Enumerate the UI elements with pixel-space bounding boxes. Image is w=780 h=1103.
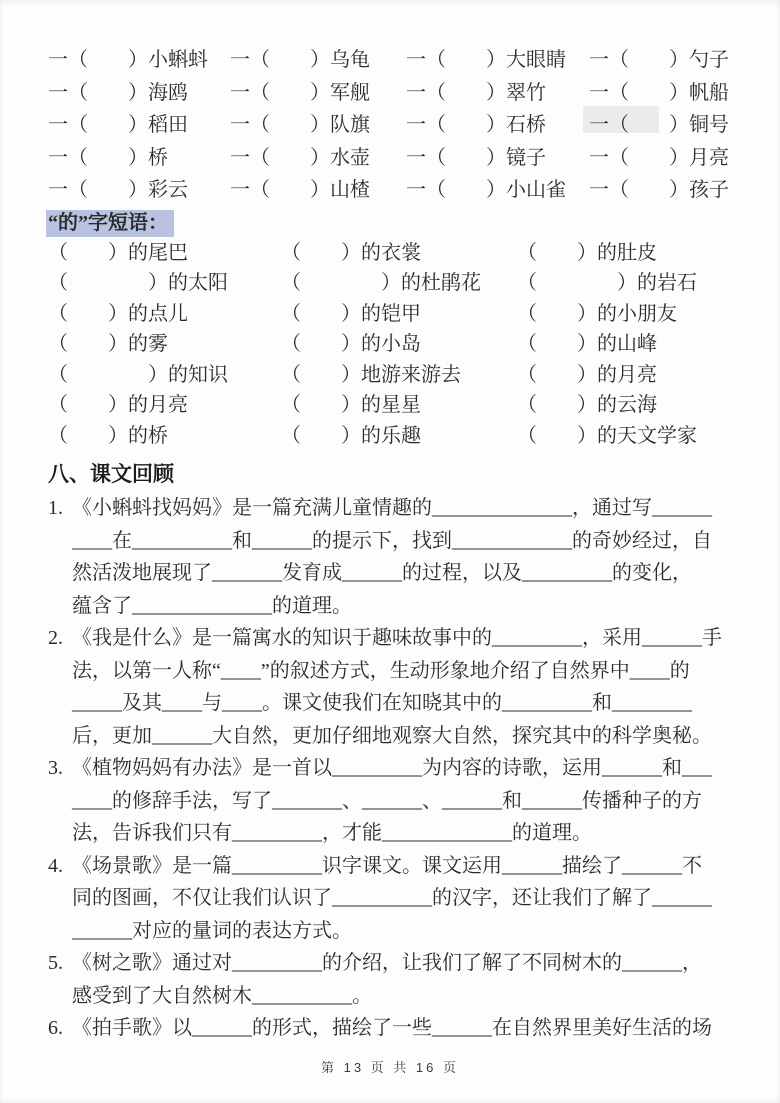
quantifier-item: 一（ ）勺子 bbox=[589, 44, 768, 77]
de-phrase-item: （ ）的太阳 bbox=[48, 268, 281, 299]
question-line: ____在__________和______的提示下，找到___________… bbox=[48, 525, 760, 558]
question-text: 《植物妈妈有办法》是一首以_________为内容的诗歌，运用______和__… bbox=[72, 757, 712, 779]
question-item: 3.《植物妈妈有办法》是一首以_________为内容的诗歌，运用______和… bbox=[48, 752, 760, 850]
question-line: 1.《小蝌蚪找妈妈》是一篇充满儿童情趣的______________，通过写__… bbox=[48, 492, 760, 525]
question-line: 6.《拍手歌》以______的形式，描绘了一些______在自然界里美好生活的场 bbox=[48, 1012, 760, 1045]
quantifier-item: 一（ ）山楂 bbox=[230, 174, 406, 207]
quantifier-item: 一（ ）帆船 bbox=[589, 77, 768, 110]
question-line: 法，以第一人称“____”的叙述方式，生动形象地介绍了自然界中____的 bbox=[48, 655, 760, 688]
question-line: 然活泼地展现了_______发育成______的过程，以及_________的变… bbox=[48, 557, 760, 590]
de-phrase-item: （ ）的雾 bbox=[48, 329, 281, 360]
question-number: 3. bbox=[48, 752, 72, 785]
quantifier-item: 一（ ）军舰 bbox=[230, 77, 406, 110]
question-line: 蕴含了______________的道理。 bbox=[48, 590, 760, 623]
question-number: 5. bbox=[48, 947, 72, 980]
question-text: 《场景歌》是一篇_________识字课文。课文运用______描绘了_____… bbox=[72, 855, 702, 877]
quantifier-item: 一（ ）月亮 bbox=[589, 142, 768, 175]
de-phrase-item: （ ）的衣裳 bbox=[281, 238, 517, 269]
question-item: 2.《我是什么》是一篇寓水的知识于趣味故事中的_________，采用_____… bbox=[48, 622, 760, 752]
question-item: 1.《小蝌蚪找妈妈》是一篇充满儿童情趣的______________，通过写__… bbox=[48, 492, 760, 622]
quantifier-item: 一（ ）镜子 bbox=[406, 142, 589, 175]
quantifier-item: 一（ ）桥 bbox=[48, 142, 230, 175]
question-item: 5.《树之歌》通过对_________的介绍，让我们了解了不同树木的______… bbox=[48, 947, 760, 1012]
quantifier-item: 一（ ）水壶 bbox=[230, 142, 406, 175]
de-phrase-item: （ ）的桥 bbox=[48, 421, 281, 452]
question-line: 2.《我是什么》是一篇寓水的知识于趣味故事中的_________，采用_____… bbox=[48, 622, 760, 655]
question-item: 6.《拍手歌》以______的形式，描绘了一些______在自然界里美好生活的场 bbox=[48, 1012, 760, 1045]
question-line: 4.《场景歌》是一篇_________识字课文。课文运用______描绘了___… bbox=[48, 850, 760, 883]
de-phrase-item: （ ）地游来游去 bbox=[281, 360, 517, 391]
quantifier-section: 一（ ）小蝌蚪 一（ ）乌龟 一（ ）大眼睛 一（ ）勺子 一（ ）海鸥 一（ … bbox=[0, 0, 780, 207]
review-section-heading: 八、课文回顾 bbox=[48, 458, 780, 488]
question-text: 《小蝌蚪找妈妈》是一篇充满儿童情趣的______________，通过写____… bbox=[72, 497, 712, 519]
de-phrase-item: （ ）的乐趣 bbox=[281, 421, 517, 452]
question-line: 法，告诉我们只有_________，才能_____________的道理。 bbox=[48, 817, 760, 850]
de-phrase-item: （ ）的知识 bbox=[48, 360, 281, 391]
quantifier-item: 一（ ）石桥 bbox=[406, 109, 589, 142]
question-number: 2. bbox=[48, 622, 72, 655]
quantifier-item: 一（ ）乌龟 bbox=[230, 44, 406, 77]
de-phrases-section: （ ）的尾巴 （ ）的衣裳 （ ）的肚皮 （ ）的太阳 （ ）的杜鹃花 （ ）的… bbox=[0, 237, 780, 452]
de-phrase-item: （ ）的月亮 bbox=[48, 390, 281, 421]
question-line: 5.《树之歌》通过对_________的介绍，让我们了解了不同树木的______… bbox=[48, 947, 760, 980]
quantifier-item: 一（ ）海鸥 bbox=[48, 77, 230, 110]
quantifier-item: 一（ ）彩云 bbox=[48, 174, 230, 207]
question-number: 6. bbox=[48, 1012, 72, 1045]
question-line: ____的修辞手法，写了_______、______、______和______… bbox=[48, 785, 760, 818]
quantifier-item: 一（ ）孩子 bbox=[589, 174, 768, 207]
quantifier-item: 一（ ）稻田 bbox=[48, 109, 230, 142]
question-text: 《我是什么》是一篇寓水的知识于趣味故事中的_________，采用______手 bbox=[72, 627, 722, 649]
de-phrase-item: （ ）的小岛 bbox=[281, 329, 517, 360]
quantifier-item: 一（ ）小山雀 bbox=[406, 174, 589, 207]
page-footer: 第 13 页 共 16 页 bbox=[0, 1057, 780, 1076]
quantifier-item: 一（ ）队旗 bbox=[230, 109, 406, 142]
question-item: 4.《场景歌》是一篇_________识字课文。课文运用______描绘了___… bbox=[48, 850, 760, 948]
de-phrase-item: （ ）的岩石 bbox=[517, 268, 770, 299]
quantifier-item: 一（ ）铜号 bbox=[589, 109, 768, 142]
review-questions: 1.《小蝌蚪找妈妈》是一篇充满儿童情趣的______________，通过写__… bbox=[0, 490, 780, 1045]
question-line: 同的图画，不仅让我们认识了__________的汉字，还让我们了解了______ bbox=[48, 882, 760, 915]
quantifier-item: 一（ ）小蝌蚪 bbox=[48, 44, 230, 77]
question-number: 4. bbox=[48, 850, 72, 883]
de-phrase-item: （ ）的月亮 bbox=[517, 360, 770, 391]
de-phrase-item: （ ）的点儿 bbox=[48, 299, 281, 330]
de-phrase-item: （ ）的杜鹃花 bbox=[281, 268, 517, 299]
quantifier-item: 一（ ）翠竹 bbox=[406, 77, 589, 110]
de-phrases-heading: “的”字短语： bbox=[46, 210, 174, 237]
question-line: 后，更加______大自然，更加仔细地观察大自然，探究其中的科学奥秘。 bbox=[48, 720, 760, 753]
question-text: 《拍手歌》以______的形式，描绘了一些______在自然界里美好生活的场 bbox=[72, 1017, 712, 1039]
question-line: 感受到了大自然树木__________。 bbox=[48, 980, 760, 1013]
de-phrase-item: （ ）的尾巴 bbox=[48, 238, 281, 269]
de-phrase-item: （ ）的肚皮 bbox=[517, 238, 770, 269]
question-line: ______对应的量词的表达方式。 bbox=[48, 915, 760, 948]
quantifier-item: 一（ ）大眼睛 bbox=[406, 44, 589, 77]
de-phrase-item: （ ）的天文学家 bbox=[517, 421, 770, 452]
de-phrase-item: （ ）的星星 bbox=[281, 390, 517, 421]
question-text: 《树之歌》通过对_________的介绍，让我们了解了不同树木的______， bbox=[72, 952, 702, 974]
question-line: 3.《植物妈妈有办法》是一首以_________为内容的诗歌，运用______和… bbox=[48, 752, 760, 785]
de-phrase-item: （ ）的云海 bbox=[517, 390, 770, 421]
de-phrase-item: （ ）的小朋友 bbox=[517, 299, 770, 330]
question-line: _____及其____与____。课文使我们在知晓其中的_________和__… bbox=[48, 687, 760, 720]
question-number: 1. bbox=[48, 492, 72, 525]
de-phrase-item: （ ）的山峰 bbox=[517, 329, 770, 360]
worksheet-page: 一（ ）小蝌蚪 一（ ）乌龟 一（ ）大眼睛 一（ ）勺子 一（ ）海鸥 一（ … bbox=[0, 0, 780, 1103]
de-phrase-item: （ ）的铠甲 bbox=[281, 299, 517, 330]
